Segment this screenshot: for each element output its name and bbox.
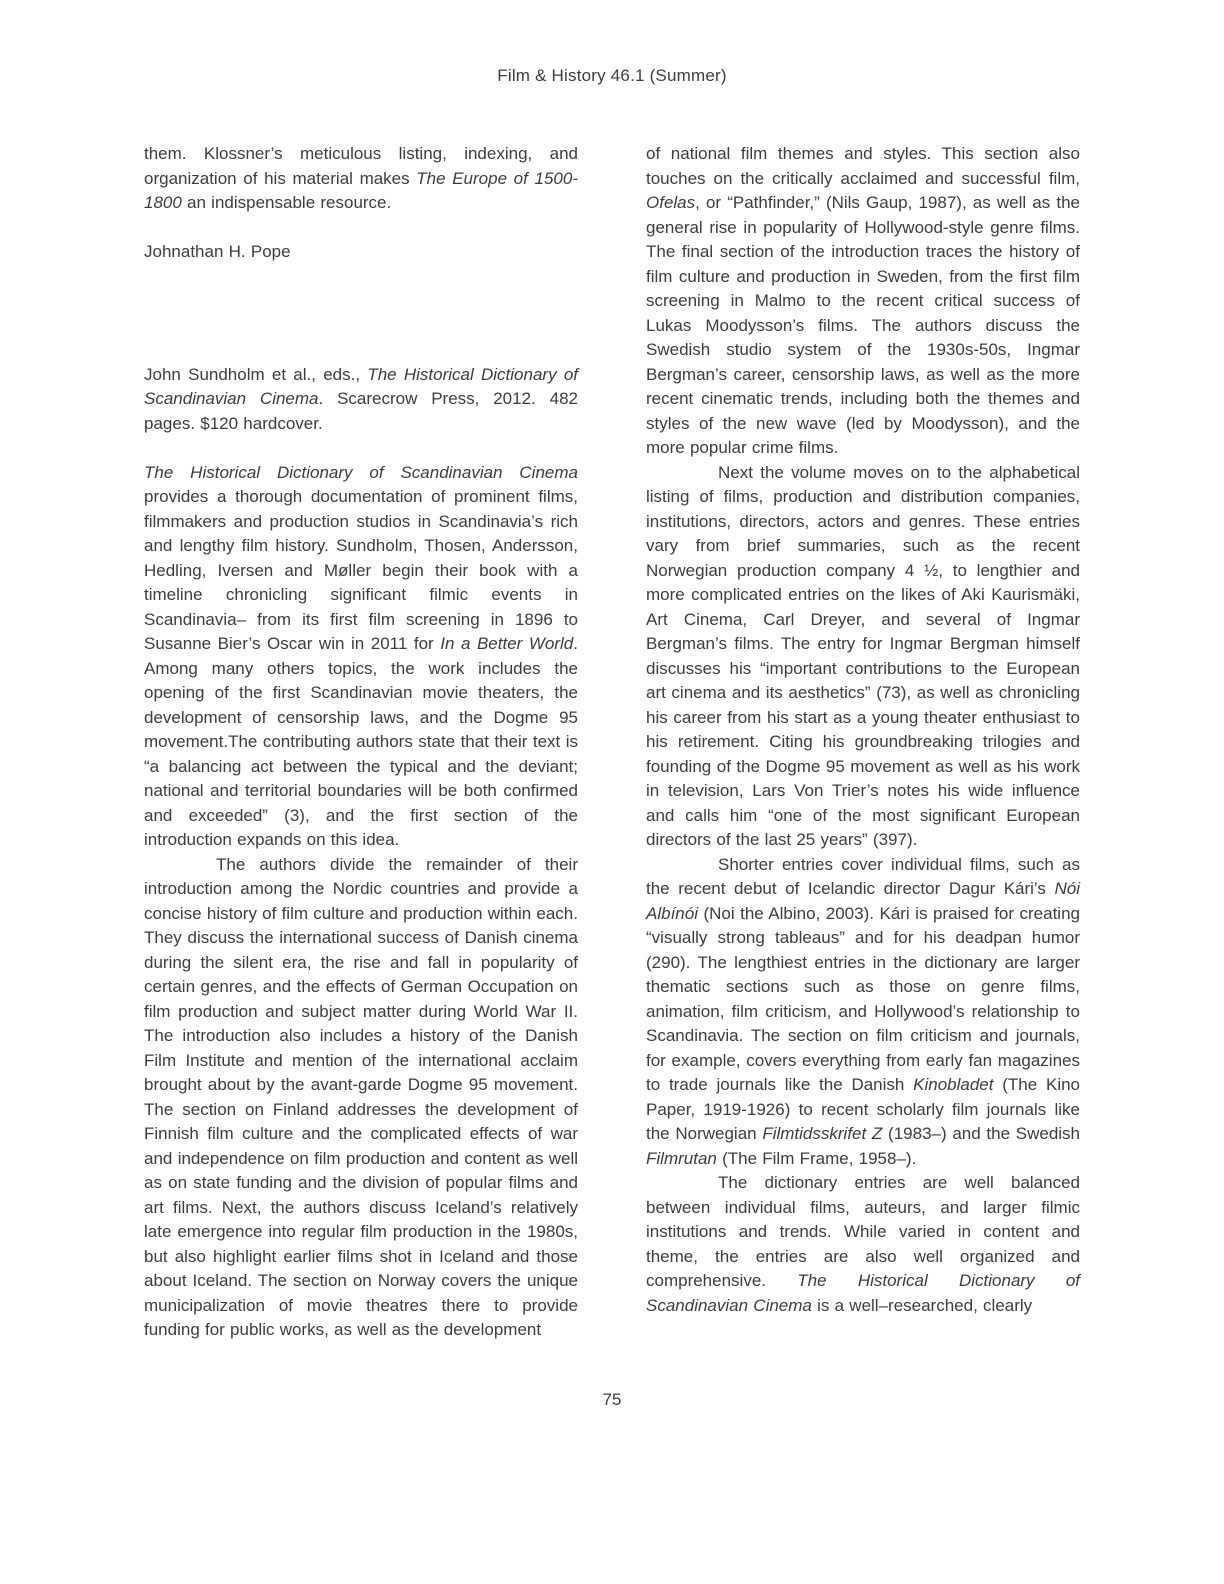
- review-paragraph: Next the volume moves on to the alphabet…: [646, 461, 1080, 853]
- review-paragraph: Shorter entries cover individual films, …: [646, 853, 1080, 1172]
- left-column: them. Klossner’s meticulous listing, ind…: [144, 142, 578, 1343]
- review-paragraph: The dictionary entries are well balanced…: [646, 1171, 1080, 1318]
- review-paragraph: The Historical Dictionary of Scandinavia…: [144, 461, 578, 853]
- book-citation: John Sundholm et al., eds., The Historic…: [144, 363, 578, 437]
- two-column-text-block: them. Klossner’s meticulous listing, ind…: [0, 142, 1224, 1343]
- journal-running-head: Film & History 46.1 (Summer): [0, 64, 1224, 88]
- page-number: 75: [0, 1388, 1224, 1413]
- document-page: Film & History 46.1 (Summer) them. Kloss…: [0, 0, 1224, 1584]
- review-paragraph: The authors divide the remainder of thei…: [144, 853, 578, 1343]
- review-paragraph-continuation: them. Klossner’s meticulous listing, ind…: [144, 142, 578, 216]
- review-paragraph-continuation: of national film themes and styles. This…: [646, 142, 1080, 461]
- right-column: of national film themes and styles. This…: [646, 142, 1080, 1343]
- reviewer-name: Johnathan H. Pope: [144, 240, 578, 265]
